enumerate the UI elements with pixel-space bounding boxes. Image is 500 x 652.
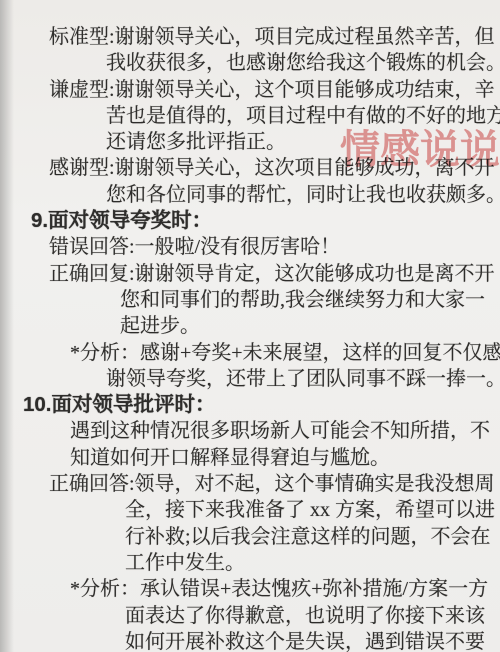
text-line: 知道如何开口解释显得窘迫与尴尬。 [70, 445, 500, 471]
text-line: 错误回答:一般啦/没有很厉害哈！ [49, 234, 500, 260]
text-line: 正确回答:领导，对不起，这个事情确实是我没想周 [49, 471, 500, 497]
text-line: 正确回复:谢谢领导肯定，这次能够成功也是离不开 [49, 261, 500, 287]
text-line: 行补救;以后我会注意这样的问题，不会在 [125, 524, 500, 550]
text-line: 谦虚型:谢谢领导关心，这个项目能够成功结束，辛 [49, 77, 500, 103]
text-line: 工作中发生。 [125, 550, 500, 576]
text-line: 面表达了你得歉意，也说明了你接下来该 [125, 603, 500, 629]
text-document: 标准型:谢谢领导关心，项目完成过程虽然辛苦，但我收获很多，也感谢您给我这个锻炼的… [0, 0, 500, 652]
text-line: *分析：感谢+夸奖+未来展望，这样的回复不仅感 [70, 340, 500, 366]
text-line: 还请您多批评指正。 [106, 129, 500, 155]
text-line: 感谢型:谢谢领导关心，这次项目能够成功，离不开 [49, 155, 500, 181]
page: 标准型:谢谢领导关心，项目完成过程虽然辛苦，但我收获很多，也感谢您给我这个锻炼的… [0, 0, 500, 652]
text-line: 标准型:谢谢领导关心，项目完成过程虽然辛苦，但 [49, 24, 500, 50]
text-line: 起进步。 [120, 313, 500, 339]
text-line: 全，接下来我准备了 xx 方案，希望可以进 [125, 497, 500, 523]
text-line: 9.面对领导夸奖时： [31, 208, 500, 234]
text-line: 您和同事们的帮助,我会继续努力和大家一 [120, 287, 500, 313]
text-line: 10.面对领导批评时： [23, 392, 500, 418]
text-line: 您和各位同事的帮忙，同时让我也收获颇多。 [106, 182, 500, 208]
text-line: 谢领导夸奖，还带上了团队同事不踩一捧一。 [106, 366, 500, 392]
text-line: 遇到这种情况很多职场新人可能会不知所措，不 [70, 418, 500, 444]
text-line: 如何开展补救这个是失误，遇到错误不要 [125, 629, 500, 652]
text-line: 我收获很多，也感谢您给我这个锻炼的机会。 [106, 50, 500, 76]
text-line: *分析：承认错误+表达愧疚+弥补措施/方案一方 [70, 576, 500, 602]
text-line: 苦也是值得的，项目过程中有做的不好的地方， [106, 103, 500, 129]
